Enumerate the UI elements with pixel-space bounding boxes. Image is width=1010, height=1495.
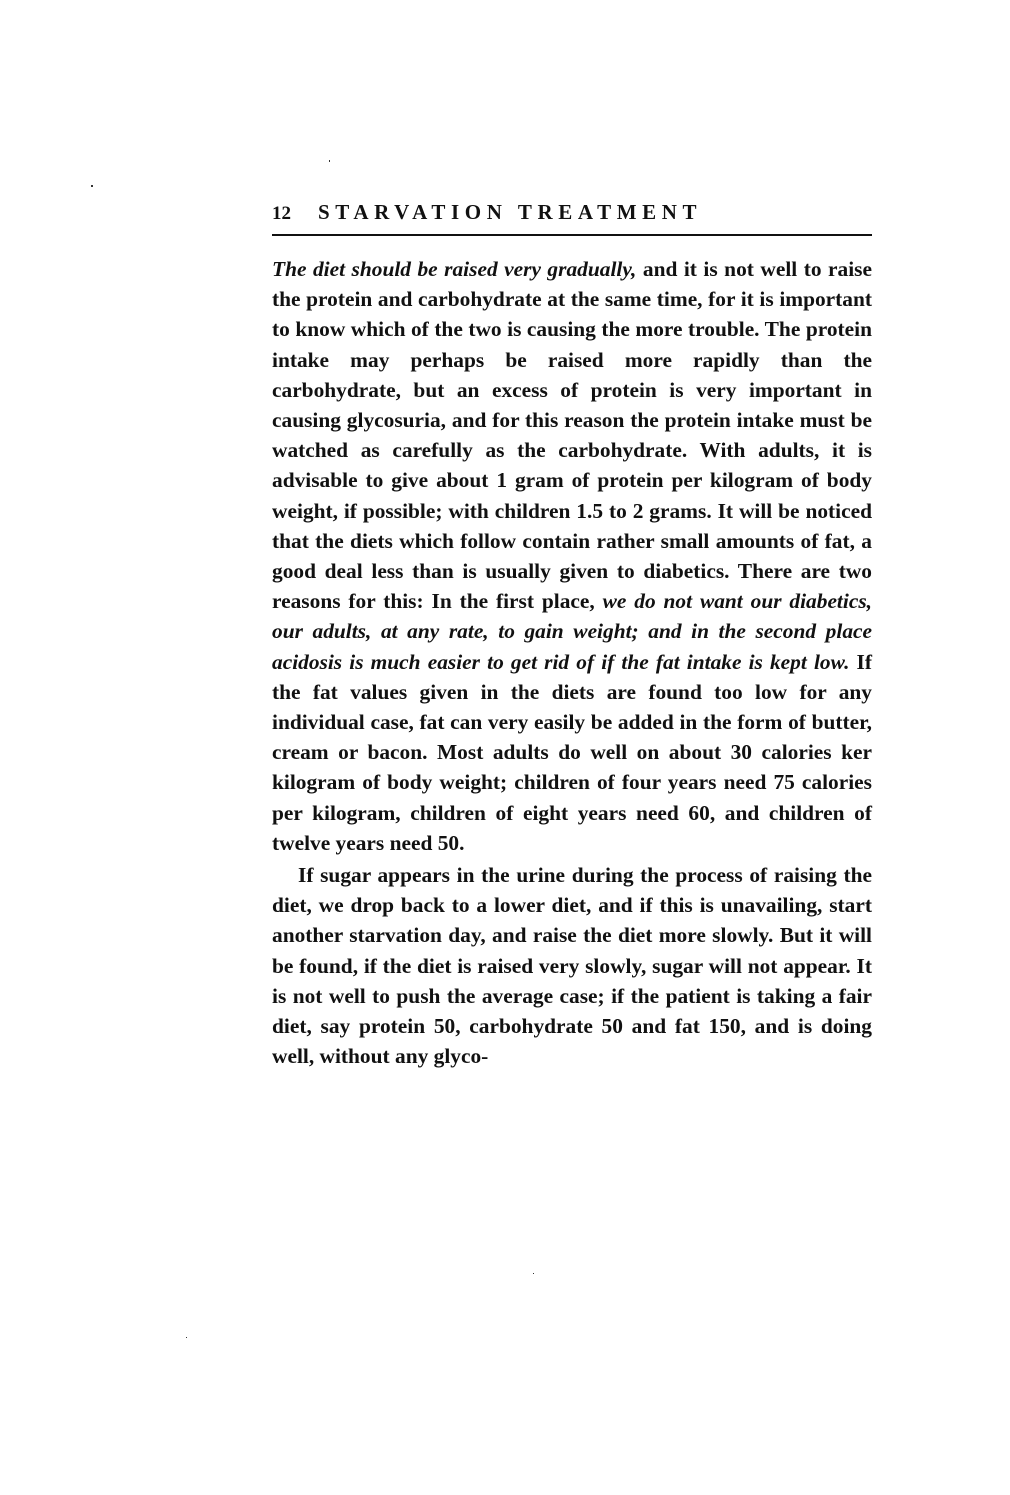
scan-speck xyxy=(329,160,330,162)
text-segment: If sugar appears in the urine during the… xyxy=(272,863,872,1068)
text-segment: and it is not well to raise the protein … xyxy=(272,257,872,613)
running-head: 12 STARVATION TREATMENT xyxy=(272,196,872,228)
header-rule xyxy=(272,234,872,236)
paragraph: If sugar appears in the urine during the… xyxy=(272,860,872,1071)
body-text: The diet should be raised very gradually… xyxy=(272,254,872,1071)
book-page: 12 STARVATION TREATMENT The diet should … xyxy=(272,196,872,1071)
text-segment: If the fat values given in the diets are… xyxy=(272,650,872,855)
scan-speck xyxy=(533,1273,534,1274)
text-segment-italic: The diet should be raised very gradually… xyxy=(272,257,636,281)
page-number: 12 xyxy=(272,198,318,230)
scan-speck xyxy=(186,1337,187,1338)
chapter-title: STARVATION TREATMENT xyxy=(318,196,702,228)
scan-speck xyxy=(91,185,93,187)
paragraph: The diet should be raised very gradually… xyxy=(272,254,872,858)
